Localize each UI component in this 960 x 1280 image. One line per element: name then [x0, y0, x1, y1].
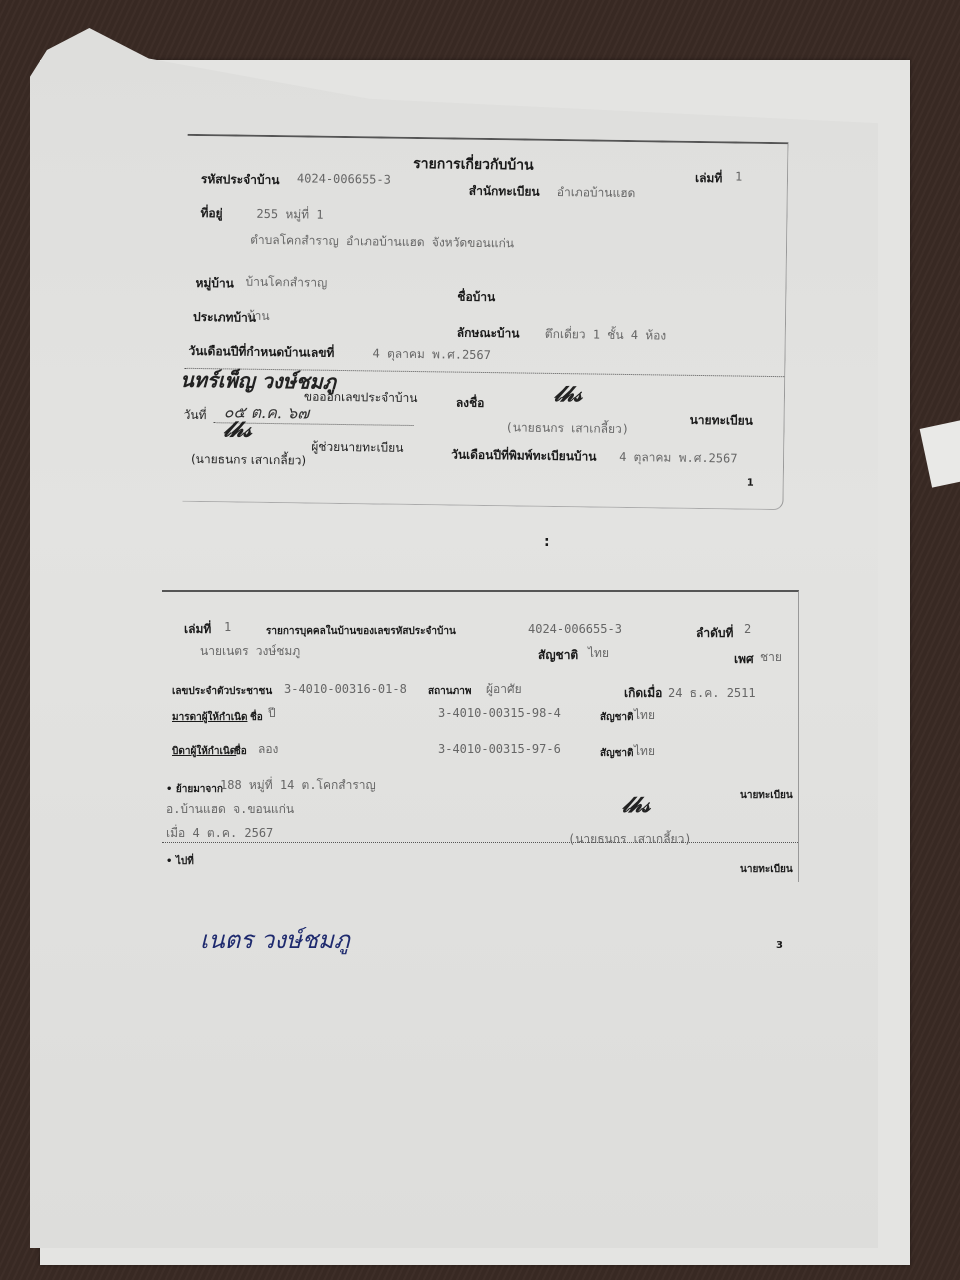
handwritten-signature: เนตร วงษ์ชมภู [200, 920, 350, 959]
house-code-value: 4024-006655-3 [528, 622, 622, 636]
assistant-label: ผู้ช่วยนายทะเบียน [311, 438, 403, 458]
mother-name: ปี [268, 704, 276, 723]
page-number: 1 [747, 478, 754, 489]
house-type-value: บ้าน [247, 307, 270, 326]
book-label: เล่มที่ [184, 620, 211, 639]
house-details-card: รายการเกี่ยวกับบ้าน เล่มที่ 1 รหัสประจำบ… [182, 134, 788, 510]
sex-label: เพศ [734, 650, 754, 669]
mother-label: มารดาผู้ให้กำเนิด [172, 710, 247, 725]
order-value: 2 [744, 622, 751, 636]
stray-paper-corner [920, 412, 960, 487]
id-value: 3-4010-00316-01-8 [284, 682, 407, 696]
assigned-date-label: วันเดือนปีที่กำหนดบ้านเลขที่ [188, 342, 334, 363]
person-details-card: เล่มที่ 1 รายการบุคคลในบ้านของเลขรหัสประ… [162, 590, 799, 882]
father-label: บิดาผู้ให้กำเนิด [172, 744, 236, 759]
born-value: 24 ธ.ค. 2511 [668, 684, 756, 703]
registrar-signature: 𝓁𝒽𝓈 [622, 792, 650, 818]
born-label: เกิดเมื่อ [624, 684, 662, 703]
house-code-label: รหัสประจำบ้าน [201, 170, 280, 190]
status-value: ผู้อาศัย [486, 680, 522, 699]
id-label: เลขประจำตัวประชาชน [172, 684, 272, 699]
registrar-name: (นายธนกร เสาเกลี้ยว) [505, 418, 629, 439]
mother-nationality: ไทย [634, 706, 655, 725]
assigned-date-value: 4 ตุลาคม พ.ศ.2567 [372, 344, 491, 365]
mother-id: 3-4010-00315-98-4 [438, 706, 561, 720]
moved-from-line1: 188 หมู่ที่ 14 ต.โคกสำราญ [220, 776, 376, 795]
village-value: บ้านโคกสำราญ [245, 273, 327, 293]
registrar-label-2: นายทะเบียน [740, 862, 793, 877]
registrar-label: นายทะเบียน [690, 411, 754, 431]
book-label: เล่มที่ [695, 169, 723, 188]
sign-label: ลงชื่อ [456, 394, 485, 413]
moved-from-date: เมื่อ 4 ต.ค. 2567 [166, 824, 273, 843]
assistant-name: (นายธนกร เสาเกลี้ยว) [191, 450, 306, 471]
person-name: นายเนตร วงษ์ชมภู [200, 642, 300, 661]
house-code-value: 4024-006655-3 [297, 171, 391, 186]
order-label: ลำดับที่ [696, 624, 733, 643]
card-title: รายการบุคคลในบ้านของเลขรหัสประจำบ้าน [266, 624, 456, 639]
nationality-value: ไทย [588, 644, 609, 663]
registrar-signature: 𝓁𝒽𝓈 [554, 381, 582, 407]
registrar-name: (นายธนกร เสาเกลี้ยว) [568, 830, 692, 849]
house-name-label: ชื่อบ้าน [457, 288, 495, 308]
moved-from-label: • ย้ายมาจาก [166, 782, 223, 797]
assistant-signature: 𝓁𝒽𝓈 [223, 416, 251, 442]
registrar-label-1: นายทะเบียน [740, 788, 793, 803]
book-value: 1 [735, 169, 742, 183]
moved-to-label: • ไปที่ [166, 854, 194, 869]
village-label: หมู่บ้าน [195, 274, 234, 294]
address-line2: ตำบลโคกสำราญ อำเภอบ้านแฮด จังหวัดขอนแก่น [250, 231, 514, 254]
house-style-label: ลักษณะบ้าน [457, 324, 520, 344]
book-value: 1 [224, 620, 231, 634]
father-nationality-label: สัญชาติ [600, 746, 634, 761]
separator-mark: : [544, 534, 550, 550]
mother-name-label: ชื่อ [250, 710, 263, 725]
father-id: 3-4010-00315-97-6 [438, 742, 561, 756]
address-label: ที่อยู่ [200, 204, 222, 223]
page-number-3: 3 [776, 940, 783, 951]
house-style-value: ตึกเดี่ยว 1 ชั้น 4 ห้อง [545, 325, 667, 346]
card-title: รายการเกี่ยวกับบ้าน [413, 153, 534, 177]
father-name: ลอง [258, 740, 278, 759]
address-line1: 255 หมู่ที่ 1 [256, 205, 323, 225]
registry-office-value: อำเภอบ้านแฮด [557, 183, 636, 203]
sex-value: ชาย [760, 648, 782, 667]
father-nationality: ไทย [634, 742, 655, 761]
print-date-label: วันเดือนปีที่พิมพ์ทะเบียนบ้าน [451, 446, 597, 467]
request-label: ขอออกเลขประจำบ้าน [304, 387, 418, 408]
father-name-label: ชื่อ [234, 744, 247, 759]
moved-from-line2: อ.บ้านแฮด จ.ขอนแก่น [166, 800, 294, 819]
print-date-value: 4 ตุลาคม พ.ศ.2567 [619, 448, 738, 469]
request-date-prefix: วันที่ [184, 406, 207, 425]
nationality-label: สัญชาติ [538, 646, 578, 665]
mother-nationality-label: สัญชาติ [600, 710, 634, 725]
registry-office-label: สำนักทะเบียน [469, 182, 540, 202]
status-label: สถานภาพ [428, 684, 471, 699]
divider [162, 842, 798, 843]
